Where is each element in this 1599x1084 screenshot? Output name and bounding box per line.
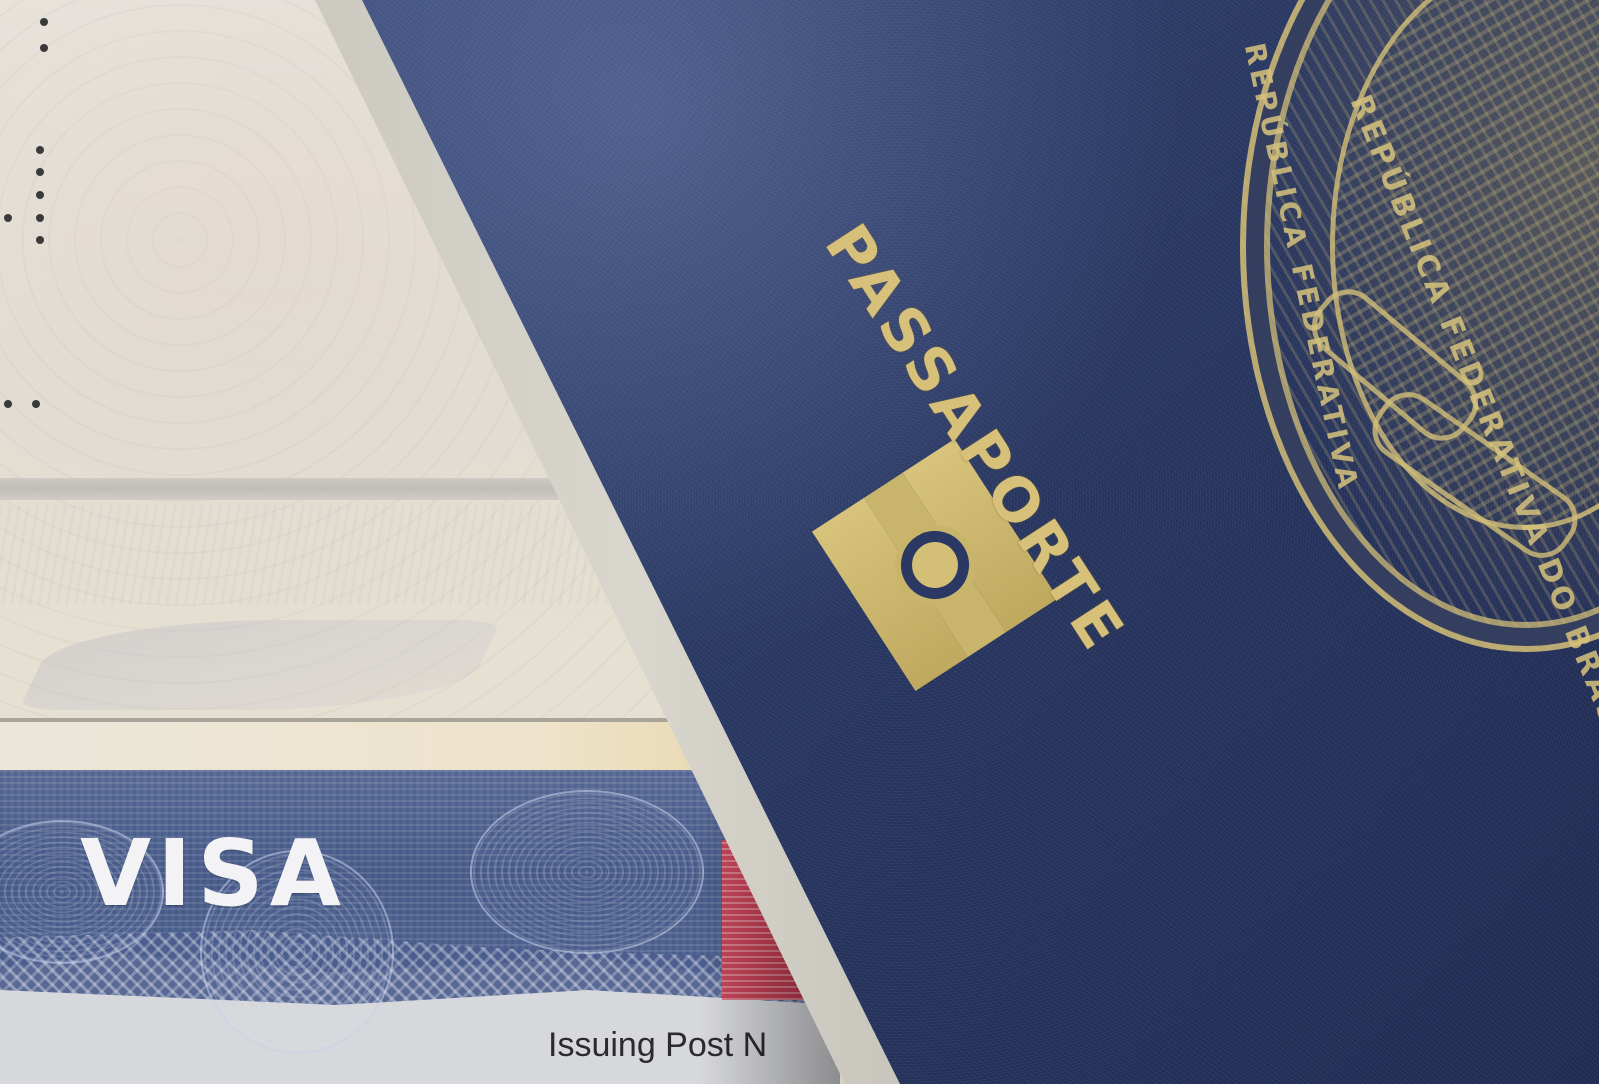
guilloche-pattern bbox=[0, 505, 620, 605]
visa-title: VISA bbox=[80, 820, 347, 927]
photo-scene: VISA Issuing Post N REPÚBLICA FEDERATIVA… bbox=[0, 0, 1599, 1084]
security-strip bbox=[0, 478, 620, 500]
eagle-wing-right-icon bbox=[470, 790, 704, 954]
us-visa-foil: VISA Issuing Post N bbox=[0, 770, 840, 1084]
watermark-leaf bbox=[19, 620, 501, 710]
